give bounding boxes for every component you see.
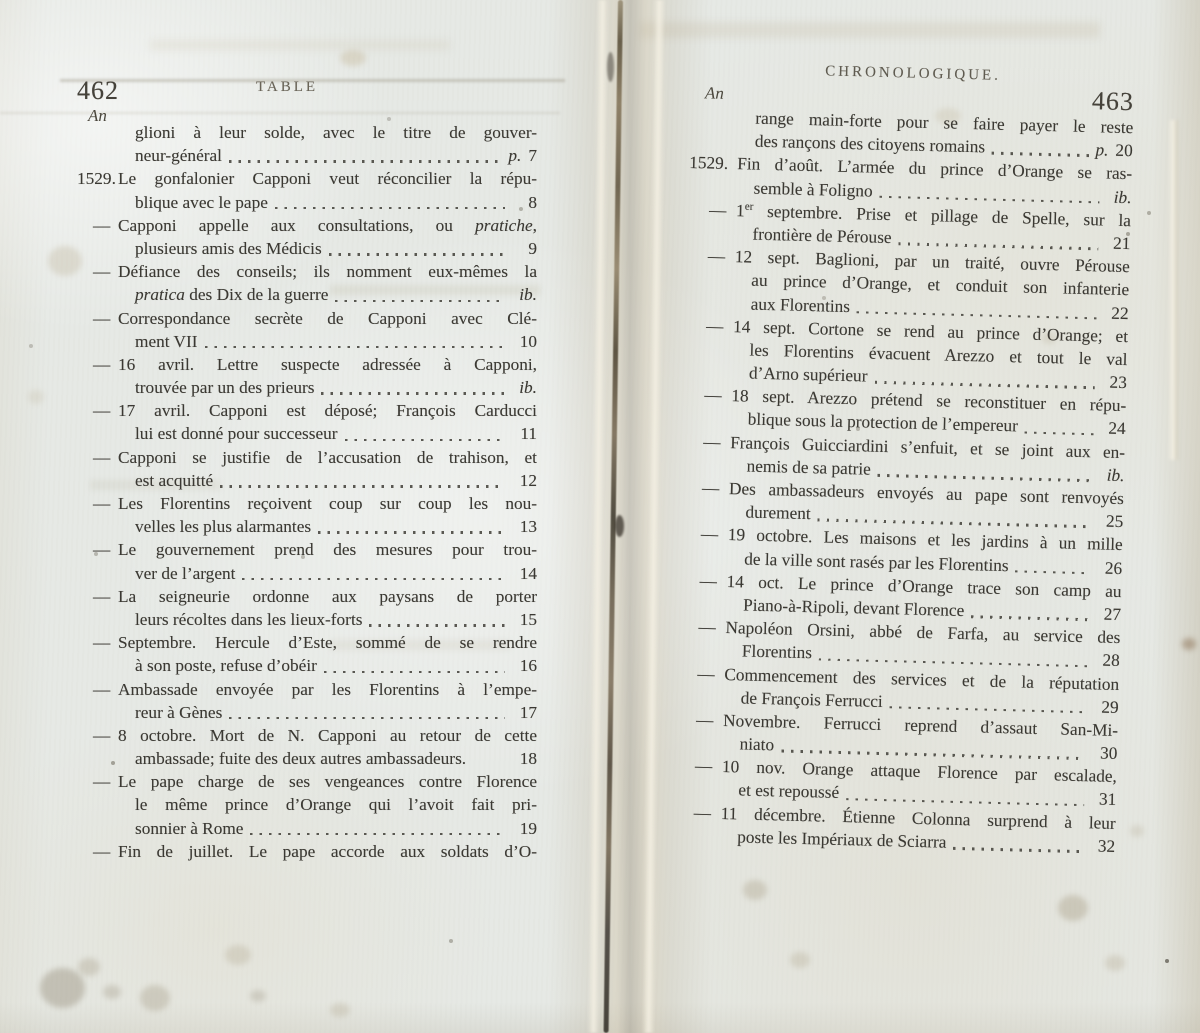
entry-lines: 11 décembre. Étienne Colonna surprend à … — [720, 802, 1116, 858]
entry-lines: glioni à leur solde, avec le titre de go… — [118, 121, 537, 167]
text-run: d’Arno supérieur — [749, 364, 868, 386]
entry-text: trouvée par un des prieurs — [135, 376, 314, 399]
entry-dash-marker: — — [675, 708, 724, 732]
entry-dash-marker: — — [77, 538, 118, 561]
entry-line: ment VII10 — [118, 330, 537, 353]
page-number-ref: 7 — [528, 144, 537, 167]
entry-line: Correspondance secrète de Capponi avec C… — [118, 307, 537, 330]
crease-knot — [607, 52, 614, 82]
right-running-header: CHRONOLOGIQUE. — [691, 60, 1134, 88]
page-number-ref: ib. — [1113, 185, 1131, 209]
dot-leader — [953, 847, 1083, 853]
entry-page-ref: 31 — [1090, 788, 1117, 812]
entry-dash-marker: — — [77, 260, 118, 283]
dot-leader — [275, 207, 505, 209]
stain — [1182, 638, 1196, 650]
text-run: Capponi appelle aux consultations, ou — [118, 216, 475, 235]
entry-text: niato — [739, 732, 774, 756]
entry-line: Le gonfalonier Capponi veut réconcilier … — [118, 167, 537, 190]
text-run: leurs récoltes dans les lieux-forts — [135, 610, 362, 629]
toc-entry: —Capponi se justifie de l’accusation de … — [77, 446, 537, 492]
text-run: 17 avril. Capponi est déposé; François C… — [118, 401, 537, 420]
entry-line: à son poste, refuse d’obéir16 — [118, 654, 537, 677]
text-run: frontière de Pérouse — [752, 225, 892, 248]
page-number-ref: ib. — [1106, 463, 1124, 487]
entry-page-ref: 11 — [511, 422, 537, 445]
entry-dash-marker: — — [673, 800, 722, 824]
right-page-inner: CHRONOLOGIQUE. 463 An range main-forte p… — [671, 55, 1135, 906]
toc-entry: —Fin de juillet. Le pape accorde aux sol… — [77, 840, 537, 863]
entry-year-marker: 1529. — [689, 151, 738, 175]
entry-line: lui est donné pour successeur11 — [118, 422, 537, 445]
entry-line: 8 octobre. Mort de N. Capponi au retour … — [118, 724, 537, 747]
entry-text: ambassade; fuite des deux autres ambassa… — [135, 747, 466, 770]
entry-text: lui est donné pour successeur — [135, 422, 338, 445]
entry-lines: Capponi appelle aux consultations, ou pr… — [118, 214, 537, 260]
entry-lines: Le gonfalonier Capponi veut réconcilier … — [118, 167, 537, 213]
page-prefix: p. — [1095, 138, 1109, 162]
dot-leader — [242, 578, 505, 580]
paper-specks — [0, 0, 2, 2]
entry-line: plusieurs amis des Médicis9 — [118, 237, 537, 260]
entry-page-ref: 24 — [1099, 417, 1126, 441]
text-run: 1 — [736, 201, 745, 220]
toc-entry: —12 sept. Baglioni, par un traité, ouvre… — [685, 244, 1130, 325]
dot-leader — [992, 152, 1089, 157]
entry-page-ref: 28 — [1094, 649, 1121, 673]
dot-leader — [1025, 431, 1094, 435]
dot-leader — [890, 706, 1087, 713]
toc-entry: —17 avril. Capponi est déposé; François … — [77, 399, 537, 445]
right-column-label: An — [705, 83, 724, 103]
entry-lines: Défiance des conseils; ils nomment eux-m… — [118, 260, 537, 306]
entry-page-ref: 16 — [511, 654, 537, 677]
entry-lines: Capponi se justifie de l’accusation de t… — [118, 446, 537, 492]
entry-lines: 8 octobre. Mort de N. Capponi au retour … — [118, 724, 537, 770]
dot-leader — [878, 474, 1093, 482]
page-number-ref: 13 — [520, 515, 537, 538]
dot-leader — [335, 300, 505, 302]
entry-line: Capponi appelle aux consultations, ou pr… — [118, 214, 537, 237]
dot-leader — [250, 833, 505, 835]
page-number-ref: 16 — [520, 654, 537, 677]
entry-dash-marker: — — [77, 840, 118, 863]
entry-text: à son poste, refuse d’obéir — [135, 654, 317, 677]
italic-text: pratica — [135, 285, 185, 304]
entry-text: velles les plus alarmantes — [135, 515, 311, 538]
entry-text: semble à Foligno — [753, 176, 873, 202]
entry-line: trouvée par un des prieursib. — [118, 376, 537, 399]
text-run: de François Ferrucci — [741, 688, 883, 711]
entry-dash-marker: — — [676, 661, 725, 685]
entry-dash-marker: — — [77, 585, 118, 608]
entry-page-ref: 23 — [1101, 371, 1128, 395]
page-number-ref: 23 — [1109, 371, 1127, 395]
stain — [28, 390, 44, 404]
entry-page-ref: p.20 — [1095, 138, 1133, 162]
entry-line: pratica des Dix de la guerreib. — [118, 283, 537, 306]
text-run: sonnier à Rome — [135, 819, 243, 838]
entry-text: poste les Impériaux de Sciarra — [737, 825, 947, 853]
entry-line: reur à Gènes17 — [118, 701, 537, 724]
stain — [140, 985, 170, 1011]
entry-page-ref: ib. — [511, 283, 537, 306]
right-page-entries: range main-forte pour se faire payer le … — [672, 105, 1134, 858]
entry-page-ref: 15 — [511, 608, 537, 631]
entry-page-ref: 30 — [1091, 741, 1118, 765]
text-run: Ambassade envoyée par les Florentins à l… — [118, 680, 537, 699]
entry-dash-marker: — — [678, 569, 727, 593]
stain — [790, 952, 810, 968]
entry-page-ref: 26 — [1096, 556, 1123, 580]
left-running-header: TABLE — [77, 79, 537, 96]
page-number-ref: 27 — [1103, 603, 1121, 627]
entry-dash-marker: — — [77, 678, 118, 701]
text-run: est acquitté — [135, 471, 213, 490]
text-run: La seigneurie ordonne aux paysans de por… — [118, 587, 537, 606]
entry-dash-marker: — — [77, 446, 118, 469]
entry-dash-marker: — — [77, 770, 118, 793]
page-number-ref: 21 — [1113, 232, 1131, 256]
entry-page-ref: 10 — [511, 330, 537, 353]
entry-lines: Fin de juillet. Le pape accorde aux sold… — [118, 840, 537, 863]
entry-page-ref: 13 — [511, 515, 537, 538]
page-number-ref: 11 — [520, 422, 537, 445]
page-number-ref: 19 — [520, 817, 537, 840]
entry-lines: 14 sept. Cortone se rend au prince d’Ora… — [732, 315, 1129, 395]
text-run: Capponi se justifie de l’accusation de t… — [118, 448, 537, 467]
page-number-ref: ib. — [519, 283, 537, 306]
entry-page-ref: 32 — [1089, 834, 1116, 858]
text-run: 16 avril. Lettre suspecte adressée à Cap… — [118, 355, 537, 374]
ghost-streak — [150, 40, 450, 50]
dot-leader — [205, 346, 505, 348]
entry-page-ref: 8 — [511, 191, 537, 214]
entry-text: est acquitté — [135, 469, 213, 492]
dot-leader — [229, 717, 505, 719]
entry-line: glioni à leur solde, avec le titre de go… — [118, 121, 537, 144]
entry-text: aux Florentins — [750, 292, 850, 318]
entry-line: 16 avril. Lettre suspecte adressée à Cap… — [118, 353, 537, 376]
entry-page-ref: 19 — [511, 817, 537, 840]
entry-line: Le pape charge de ses vengeances contre … — [118, 770, 537, 793]
page-number-ref: 22 — [1111, 301, 1129, 325]
toc-entry: —Défiance des conseils; ils nomment eux-… — [77, 260, 537, 306]
entry-line: Défiance des conseils; ils nomment eux-m… — [118, 260, 537, 283]
entry-text: et est repoussé — [738, 779, 839, 805]
entry-page-ref: 22 — [1102, 301, 1129, 325]
page-number-ref: 9 — [528, 237, 537, 260]
entry-line: Fin de juillet. Le pape accorde aux sold… — [118, 840, 537, 863]
toc-entry: 1529.Le gonfalonier Capponi veut réconci… — [77, 167, 537, 213]
stain — [250, 990, 266, 1002]
entry-dash-marker: — — [688, 198, 737, 222]
entry-line: leurs récoltes dans les lieux-forts15 — [118, 608, 537, 631]
entry-dash-marker: — — [77, 724, 118, 747]
right-page: CHRONOLOGIQUE. 463 An range main-forte p… — [671, 55, 1135, 906]
entry-page-ref: 17 — [511, 701, 537, 724]
entry-text: blique avec le pape — [135, 191, 268, 214]
stain — [40, 968, 85, 1008]
dot-leader — [318, 531, 505, 533]
entry-lines: 16 avril. Lettre suspecte adressée à Cap… — [118, 353, 537, 399]
entry-dash-marker: — — [77, 399, 118, 422]
entry-text: leurs récoltes dans les lieux-forts — [135, 608, 362, 631]
text-run: poste les Impériaux de Sciarra — [737, 827, 947, 851]
entry-line: ver de l’argent14 — [118, 562, 537, 585]
dot-leader — [971, 615, 1089, 620]
page-number-ref: 32 — [1098, 834, 1116, 858]
stain — [330, 1003, 350, 1017]
toc-entry: glioni à leur solde, avec le titre de go… — [77, 121, 537, 167]
page-number-ref: 24 — [1108, 417, 1126, 441]
entry-page-ref: 18 — [511, 747, 537, 770]
stain — [1130, 825, 1144, 837]
text-run: Septembre. Hercule d’Este, sommé de se r… — [118, 633, 537, 652]
entry-dash-marker: — — [685, 314, 734, 338]
toc-entry: —16 avril. Lettre suspecte adressée à Ca… — [77, 353, 537, 399]
entry-dash-marker: — — [682, 430, 731, 454]
page-number-ref: 10 — [520, 330, 537, 353]
toc-entry: —Le gouvernement prend des mesures pour … — [77, 538, 537, 584]
dot-leader — [324, 671, 505, 673]
entry-lines: Septembre. Hercule d’Este, sommé de se r… — [118, 631, 537, 677]
entry-page-ref: 21 — [1104, 231, 1131, 255]
entry-lines: Le gouvernement prend des mesures pour t… — [118, 538, 537, 584]
text-run: 8 octobre. Mort de N. Capponi au retour … — [118, 726, 537, 745]
entry-page-ref: ib. — [1105, 185, 1132, 209]
text-run: Le gonfalonier Capponi veut réconcilier … — [118, 169, 537, 188]
left-page-inner: 462 TABLE An glioni à leur solde, avec l… — [77, 62, 537, 892]
entry-line: neur-généralp.7 — [118, 144, 537, 167]
text-run: nemis de sa patrie — [746, 456, 871, 478]
page-edge-fold — [1168, 120, 1178, 460]
entry-text: durement — [745, 501, 811, 526]
entry-year-marker: 1529. — [77, 167, 118, 190]
dot-leader — [345, 439, 505, 441]
left-page: 462 TABLE An glioni à leur solde, avec l… — [77, 62, 537, 892]
page-number-ref: 20 — [1115, 139, 1133, 163]
page-number-ref: 26 — [1105, 556, 1123, 580]
entry-dash-marker: — — [677, 615, 726, 639]
entry-lines: Les Florentins reçoivent coup sur coup l… — [118, 492, 537, 538]
entry-page-ref: 29 — [1092, 695, 1119, 719]
crease-knot — [615, 515, 624, 537]
text-run: , — [533, 216, 537, 235]
entry-line: est acquitté12 — [118, 469, 537, 492]
entry-text: Florentins — [742, 640, 813, 665]
text-run: Les Florentins reçoivent coup sur coup l… — [118, 494, 537, 513]
entry-text: plusieurs amis des Médicis — [135, 237, 322, 260]
entry-text: neur-général — [135, 144, 222, 167]
text-run: lui est donné pour successeur — [135, 424, 338, 443]
text-run: velles les plus alarmantes — [135, 517, 311, 536]
entry-empty-marker — [77, 121, 118, 144]
entry-lines: La seigneurie ordonne aux paysans de por… — [118, 585, 537, 631]
entry-page-ref: 14 — [511, 562, 537, 585]
entry-dash-marker: — — [674, 754, 723, 778]
entry-page-ref: ib. — [511, 376, 537, 399]
dot-leader — [1015, 570, 1090, 574]
toc-entry: —14 sept. Cortone se rend au prince d’Or… — [684, 314, 1129, 395]
page-number-ref: ib. — [519, 376, 537, 399]
text-run: ver de l’argent — [135, 564, 235, 583]
page-number-ref: 18 — [520, 747, 537, 770]
entry-text: reur à Gènes — [135, 701, 222, 724]
text-run: Défiance des conseils; ils nomment eux-m… — [118, 262, 537, 281]
entry-line: 17 avril. Capponi est déposé; François C… — [118, 399, 537, 422]
entry-lines: Le pape charge de ses vengeances contre … — [118, 770, 537, 840]
dot-leader — [229, 160, 502, 162]
text-run: des Dix de la guerre — [185, 285, 328, 304]
page-number-ref: 15 — [520, 608, 537, 631]
text-run: le même prince d’Orange qui l’avoit fait… — [135, 795, 537, 814]
stain — [103, 985, 121, 999]
text-run: niato — [739, 734, 774, 754]
entry-dash-marker: — — [77, 631, 118, 654]
text-run: ment VII — [135, 332, 198, 351]
page-number-ref: 12 — [520, 469, 537, 492]
italic-text: pratiche — [475, 216, 533, 235]
entry-lines: 17 avril. Capponi est déposé; François C… — [118, 399, 537, 445]
entry-line: Les Florentins reçoivent coup sur coup l… — [118, 492, 537, 515]
entry-text: frontière de Pérouse — [752, 223, 892, 250]
entry-line: velles les plus alarmantes13 — [118, 515, 537, 538]
entry-text: ver de l’argent — [135, 562, 235, 585]
entry-line: Ambassade envoyée par les Florentins à l… — [118, 678, 537, 701]
text-run: aux Florentins — [750, 294, 850, 316]
stain — [1105, 955, 1125, 971]
text-run: et est repoussé — [738, 781, 839, 803]
toc-entry: —Ambassade envoyée par les Florentins à … — [77, 678, 537, 724]
entry-text: ment VII — [135, 330, 198, 353]
book-scan: 462 TABLE An glioni à leur solde, avec l… — [0, 0, 1200, 1033]
toc-entry: —Septembre. Hercule d’Este, sommé de se … — [77, 631, 537, 677]
entry-dash-marker: — — [77, 307, 118, 330]
text-run: ambassade; fuite des deux autres ambassa… — [135, 749, 466, 768]
entry-page-ref: 27 — [1095, 602, 1122, 626]
stain — [225, 945, 251, 965]
entry-lines: 12 sept. Baglioni, par un traité, ouvre … — [733, 245, 1130, 325]
text-run: semble à Foligno — [753, 178, 872, 200]
text-run: à son poste, refuse d’obéir — [135, 656, 317, 675]
page-number-ref: 8 — [528, 191, 537, 214]
entry-dash-marker: — — [683, 383, 732, 407]
text-run: Fin de juillet. Le pape accorde aux sold… — [118, 842, 537, 861]
toc-entry: —Le pape charge de ses vengeances contre… — [77, 770, 537, 840]
right-page-number: 463 — [1092, 86, 1135, 117]
entry-line: Le gouvernement prend des mesures pour t… — [118, 538, 537, 561]
entry-dash-marker: — — [77, 492, 118, 515]
entry-page-ref: ib. — [1098, 463, 1125, 487]
entry-text: d’Arno supérieur — [749, 362, 868, 388]
text-run: Florentins — [742, 642, 813, 663]
entry-line: Septembre. Hercule d’Este, sommé de se r… — [118, 631, 537, 654]
entry-text: pratica des Dix de la guerre — [135, 283, 328, 306]
entry-line: le même prince d’Orange qui l’avoit fait… — [118, 793, 537, 816]
page-number-ref: 14 — [520, 562, 537, 585]
entry-dash-marker: — — [687, 244, 736, 268]
dot-leader — [369, 624, 505, 626]
text-run: durement — [745, 503, 811, 524]
entry-empty-marker — [690, 105, 739, 129]
entry-line: ambassade; fuite des deux autres ambassa… — [118, 747, 537, 770]
dot-leader — [321, 392, 505, 394]
entry-page-ref: p.7 — [508, 144, 537, 167]
entry-text: sonnier à Rome — [135, 817, 243, 840]
entry-dash-marker: — — [77, 214, 118, 237]
text-run: trouvée par un des prieurs — [135, 378, 314, 397]
toc-entry: —11 décembre. Étienne Colonna surprend à… — [672, 800, 1116, 858]
text-run: plusieurs amis des Médicis — [135, 239, 322, 258]
toc-entry: —La seigneurie ordonne aux paysans de po… — [77, 585, 537, 631]
toc-entry: —8 octobre. Mort de N. Capponi au retour… — [77, 724, 537, 770]
entry-page-ref: 12 — [511, 469, 537, 492]
toc-entry: —Capponi appelle aux consultations, ou p… — [77, 214, 537, 260]
text-run: Correspondance secrète de Capponi avec C… — [118, 309, 537, 328]
entry-dash-marker: — — [77, 353, 118, 376]
entry-line: sonnier à Rome19 — [118, 817, 537, 840]
entry-text: nemis de sa patrie — [746, 454, 871, 480]
text-run: glioni à leur solde, avec le titre de go… — [135, 123, 537, 142]
dot-leader — [329, 253, 505, 255]
left-page-entries: glioni à leur solde, avec le titre de go… — [77, 121, 537, 863]
entry-line: blique avec le pape8 — [118, 191, 537, 214]
stain — [78, 958, 100, 976]
text-run: Le pape charge de ses vengeances contre … — [118, 772, 537, 791]
text-run: reur à Gènes — [135, 703, 222, 722]
entry-lines: Correspondance secrète de Capponi avec C… — [118, 307, 537, 353]
page-number-ref: 29 — [1101, 695, 1119, 719]
text-run: blique avec le pape — [135, 193, 268, 212]
text-run: Le gouvernement prend des mesures pour t… — [118, 540, 537, 559]
toc-entry: —Les Florentins reçoivent coup sur coup … — [77, 492, 537, 538]
page-number-ref: 25 — [1106, 510, 1124, 534]
entry-line: La seigneurie ordonne aux paysans de por… — [118, 585, 537, 608]
page-number-ref: 17 — [520, 701, 537, 724]
entry-page-ref: 9 — [511, 237, 537, 260]
page-number-ref: 31 — [1099, 788, 1117, 812]
text-run: Piano-à-Ripoli, devant Florence — [743, 595, 965, 620]
page-number-ref: 30 — [1100, 742, 1118, 766]
dot-leader — [220, 485, 505, 487]
entry-line: Capponi se justifie de l’accusation de t… — [118, 446, 537, 469]
entry-page-ref: 25 — [1097, 510, 1124, 534]
page-number-ref: 28 — [1102, 649, 1120, 673]
entry-lines: Ambassade envoyée par les Florentins à l… — [118, 678, 537, 724]
text-run: neur-général — [135, 146, 222, 165]
page-prefix: p. — [508, 144, 521, 167]
entry-dash-marker: — — [680, 522, 729, 546]
toc-entry: —Correspondance secrète de Capponi avec … — [77, 307, 537, 353]
dot-leader — [898, 243, 1098, 250]
entry-dash-marker: — — [681, 476, 730, 500]
